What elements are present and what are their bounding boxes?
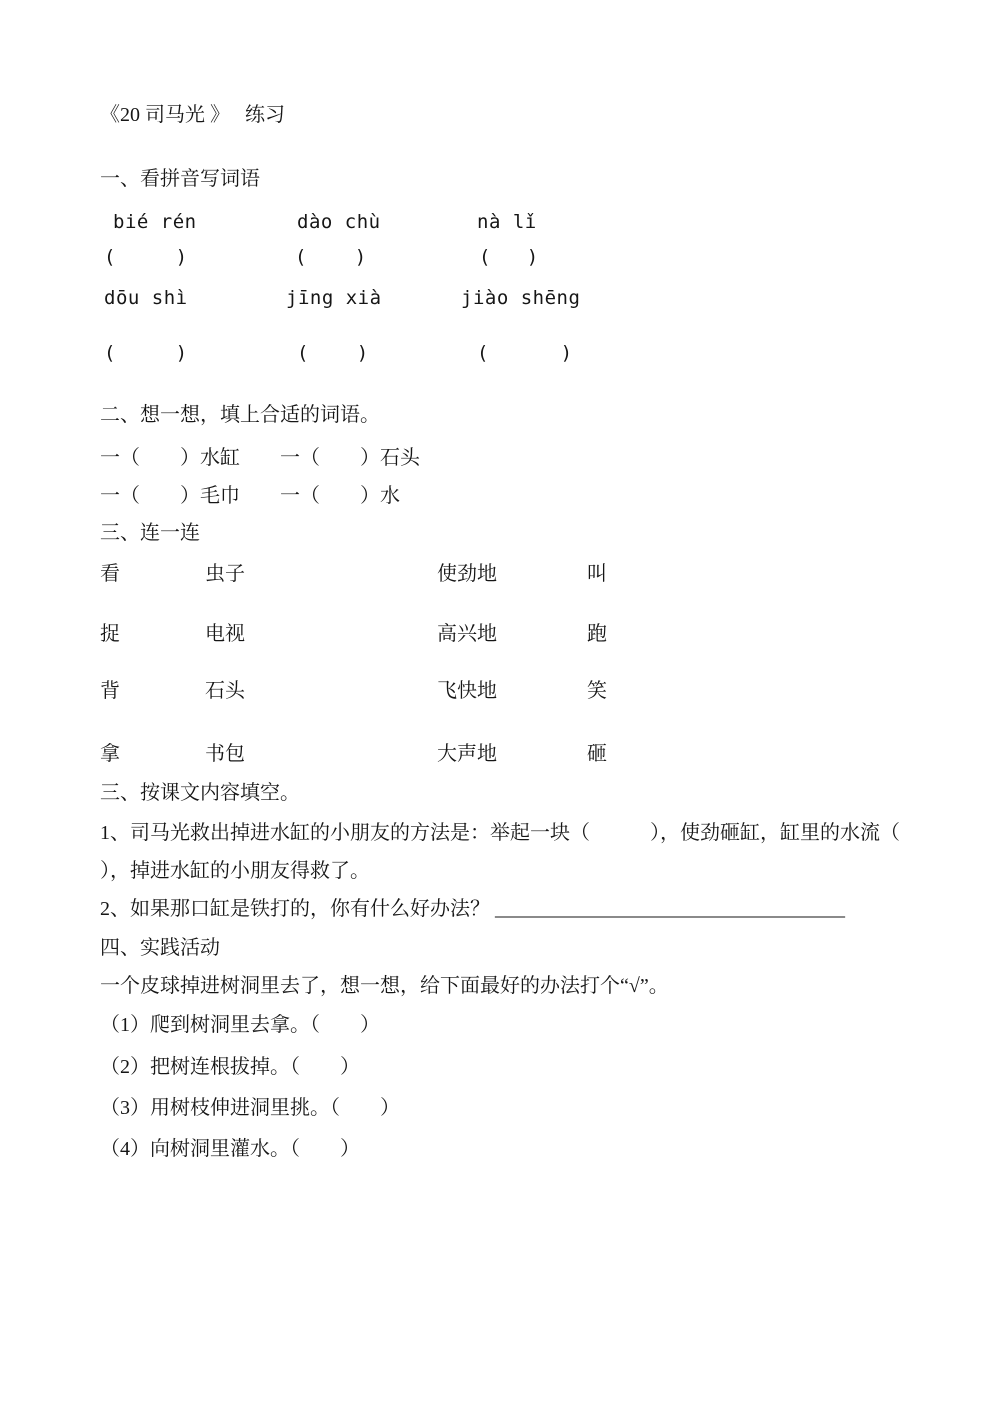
section4-intro: 一个皮球掉进树洞里去了，想一想，给下面最好的办法打个“√”。	[100, 974, 669, 999]
pinyin-word: bié rén	[113, 211, 197, 235]
match-row: 看 虫子 使劲地 叫	[0, 562, 1000, 588]
fill-word-row: 一（ ）水缸 一（ ）石头	[100, 446, 420, 471]
match-adverb: 大声地	[437, 742, 497, 767]
fill-word-row: 一（ ）毛巾 一（ ）水	[100, 484, 400, 509]
match-verb: 看	[100, 562, 120, 587]
checklist-item: （4）向树洞里灌水。（ ）	[100, 1137, 360, 1162]
pinyin-word: dào chù	[297, 211, 381, 235]
pinyin-word: nà lǐ	[477, 211, 537, 235]
question2-text: 2、如果那口缸是铁打的，你有什么好办法？	[100, 898, 490, 920]
answer-blank-line: ___________________________________	[495, 898, 845, 920]
match-action: 笑	[587, 679, 607, 704]
match-row: 捉 电视 高兴地 跑	[0, 622, 1000, 648]
match-noun: 电视	[205, 622, 245, 647]
checklist-item: （1）爬到树洞里去拿。（ ）	[100, 1013, 380, 1038]
section3b-heading: 三、按课文内容填空。	[100, 781, 300, 806]
match-noun: 石头	[205, 679, 245, 704]
pinyin-word: jiào shēng	[461, 287, 580, 311]
match-action: 跑	[587, 622, 607, 647]
checklist-item: （3）用树枝伸进洞里挑。（ ）	[100, 1096, 400, 1121]
match-action: 叫	[587, 562, 607, 587]
answer-blank-parens: ( )	[477, 342, 573, 366]
answer-blank-parens: ( )	[104, 342, 188, 366]
answer-blank-parens: ( )	[295, 246, 367, 270]
match-action: 砸	[587, 742, 607, 767]
section1-heading: 一、看拼音写词语	[100, 167, 260, 192]
match-adverb: 使劲地	[437, 562, 497, 587]
question1-line1: 1、司马光救出掉进水缸的小朋友的方法是：举起一块（ ），使劲砸缸，缸里的水流（	[100, 821, 900, 846]
match-verb: 捉	[100, 622, 120, 647]
match-row: 背 石头 飞快地 笑	[0, 679, 1000, 705]
section2-heading: 二、想一想，填上合适的词语。	[100, 403, 380, 428]
match-row: 拿 书包 大声地 砸	[0, 742, 1000, 768]
doc-title: 《20 司马光 》 练习	[100, 103, 285, 128]
answer-blank-parens: ( )	[297, 342, 369, 366]
answer-blank-parens: ( )	[479, 246, 539, 270]
worksheet-page: 《20 司马光 》 练习 一、看拼音写词语 bié rén dào chù nà…	[0, 0, 1000, 1415]
answer-blank-parens: ( )	[104, 246, 188, 270]
match-noun: 书包	[205, 742, 245, 767]
pinyin-word: jīng xià	[286, 287, 382, 311]
match-adverb: 高兴地	[437, 622, 497, 647]
question1-line2: ），掉进水缸的小朋友得救了。	[100, 859, 370, 884]
question2-line: 2、如果那口缸是铁打的，你有什么好办法？ ___________________…	[100, 897, 845, 922]
section3-heading: 三、连一连	[100, 521, 200, 546]
section4-heading: 四、实践活动	[100, 936, 220, 961]
match-noun: 虫子	[205, 562, 245, 587]
match-verb: 背	[100, 679, 120, 704]
checklist-item: （2）把树连根拔掉。（ ）	[100, 1055, 360, 1080]
match-adverb: 飞快地	[437, 679, 497, 704]
pinyin-word: dōu shì	[104, 287, 188, 311]
match-verb: 拿	[100, 742, 120, 767]
